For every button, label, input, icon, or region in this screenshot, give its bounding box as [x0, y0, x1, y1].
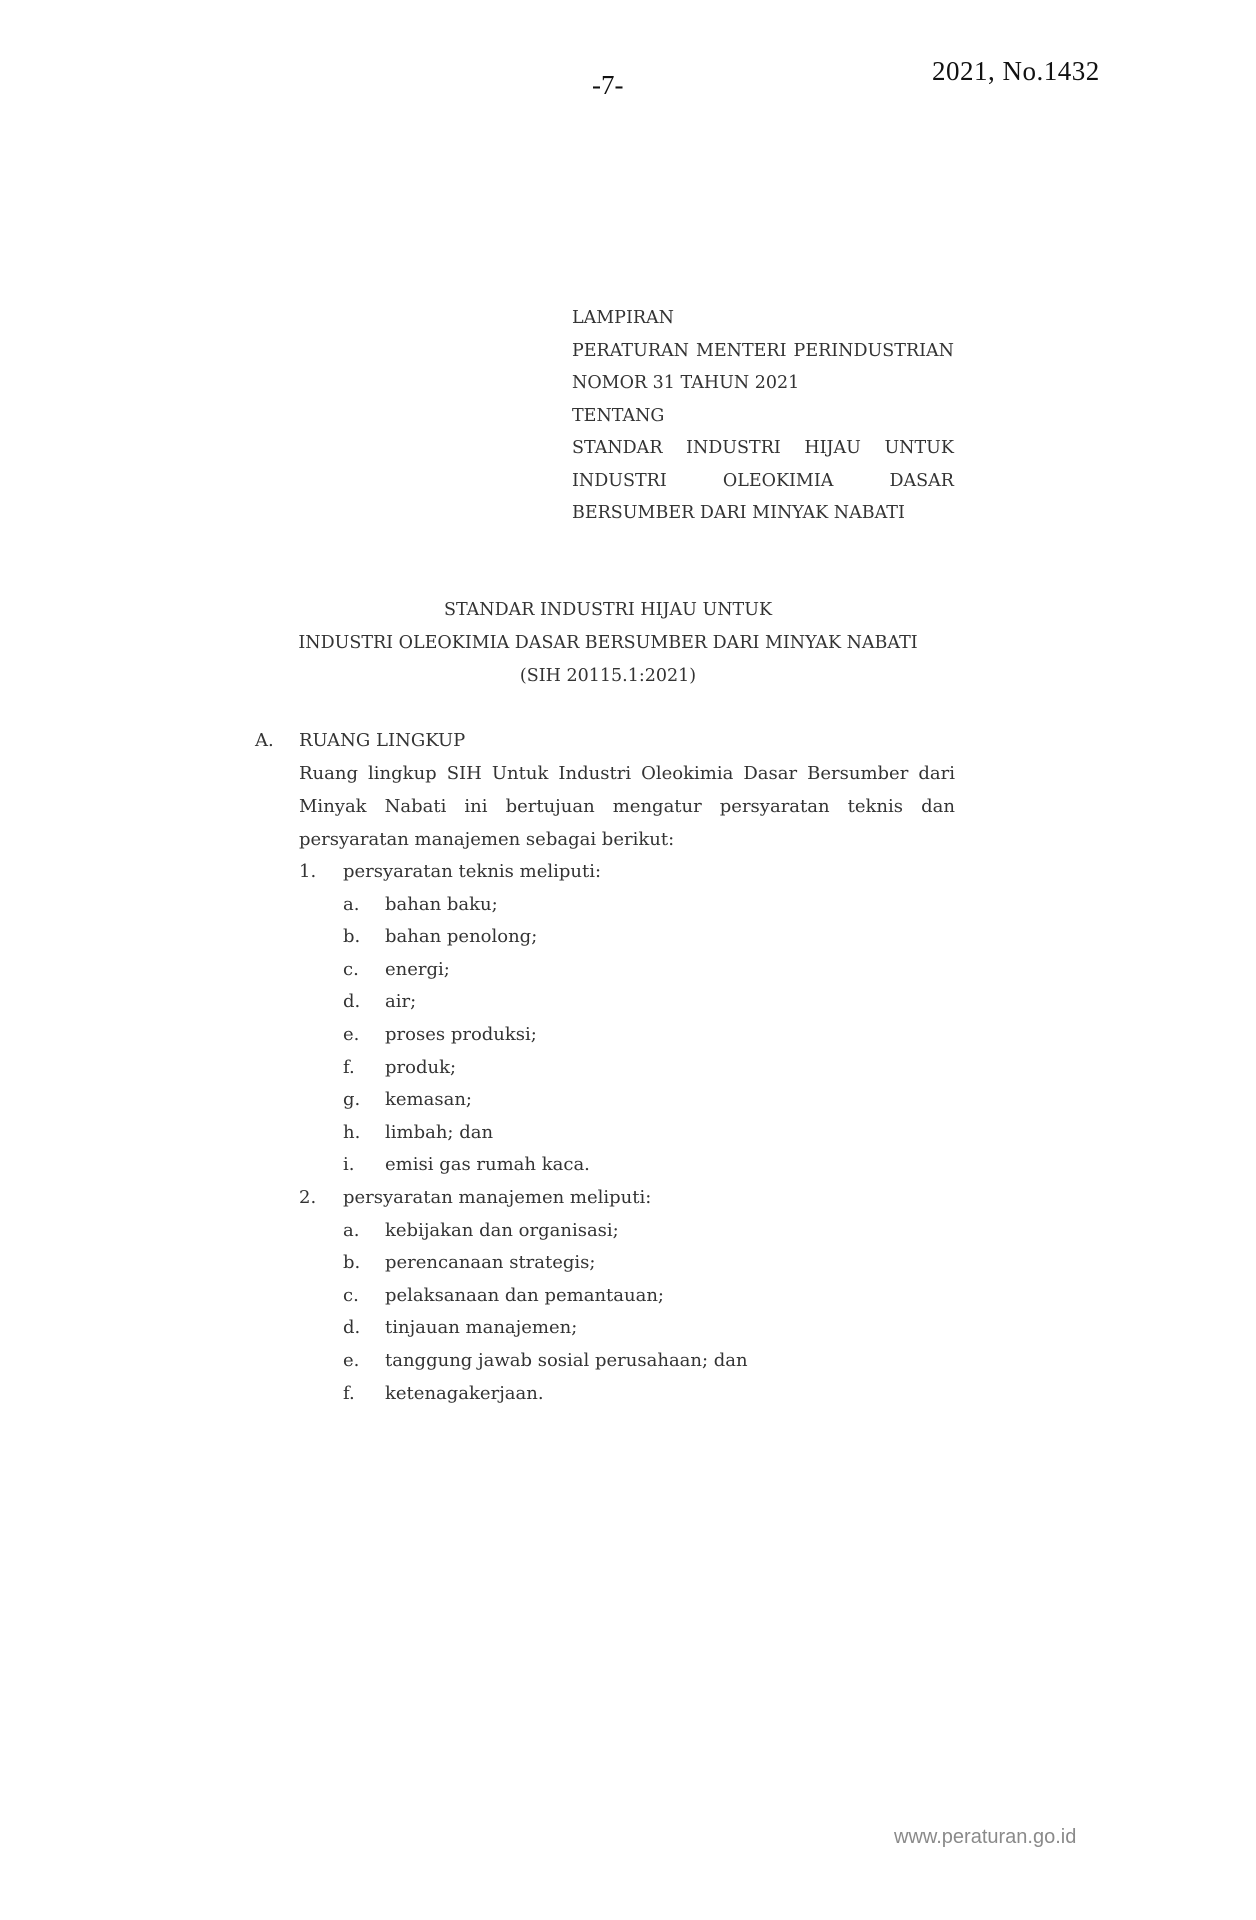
sub-item-letter: h.: [343, 1117, 385, 1150]
item-number: 2.: [299, 1182, 343, 1215]
word: PERATURAN: [572, 335, 689, 368]
gazette-reference: 2021, No.1432: [932, 56, 1100, 87]
sub-item-text: emisi gas rumah kaca.: [385, 1149, 590, 1182]
requirement-lists: 1.persyaratan teknis meliputi:a.bahan ba…: [299, 856, 955, 1410]
sub-item-text: energi;: [385, 954, 450, 987]
regulation-number: NOMOR 31 TAHUN 2021: [572, 367, 954, 400]
word: Ruang: [299, 757, 358, 790]
word: Oleokimia: [641, 757, 733, 790]
sub-item-text: produk;: [385, 1052, 456, 1085]
sub-item: a.bahan baku;: [343, 889, 955, 922]
sub-item-text: tanggung jawab sosial perusahaan; dan: [385, 1345, 748, 1378]
word: Dasar: [743, 757, 797, 790]
section-body: RuanglingkupSIHUntukIndustriOleokimiaDas…: [299, 757, 955, 1410]
sub-item-letter: f.: [343, 1052, 385, 1085]
word: mengatur: [613, 790, 702, 823]
sub-item-letter: c.: [343, 1280, 385, 1313]
word: ini: [464, 790, 487, 823]
sub-item-text: kemasan;: [385, 1084, 472, 1117]
numbered-item: 1.persyaratan teknis meliputi:: [299, 856, 955, 889]
sub-item: i.emisi gas rumah kaca.: [343, 1149, 955, 1182]
regulation-title-line-3: BERSUMBER DARI MINYAK NABATI: [572, 497, 954, 530]
word: persyaratan: [720, 790, 830, 823]
sub-item: e.proses produksi;: [343, 1019, 955, 1052]
word: Bersumber: [807, 757, 908, 790]
paragraph-line: MinyakNabatiinibertujuanmengaturpersyara…: [299, 790, 955, 823]
word: dari: [918, 757, 955, 790]
section-heading: A. RUANG LINGKUP: [255, 725, 955, 757]
item-label: persyaratan teknis meliputi:: [343, 856, 601, 889]
word: INDUSTRI: [686, 432, 781, 465]
appendix-header-block: LAMPIRAN PERATURANMENTERIPERINDUSTRIAN N…: [572, 302, 954, 530]
sub-item-text: bahan penolong;: [385, 921, 537, 954]
word: dan: [921, 790, 955, 823]
sub-item: h.limbah; dan: [343, 1117, 955, 1150]
scope-paragraph: RuanglingkupSIHUntukIndustriOleokimiaDas…: [299, 757, 955, 856]
word: MENTERI: [696, 335, 787, 368]
source-watermark: www.peraturan.go.id: [894, 1826, 1076, 1849]
document-title: STANDAR INDUSTRI HIJAU UNTUK INDUSTRI OL…: [0, 594, 1256, 693]
sub-item: d.tinjauan manajemen;: [343, 1312, 955, 1345]
sub-item: c.energi;: [343, 954, 955, 987]
word: lingkup: [368, 757, 437, 790]
section-letter: A.: [255, 725, 299, 757]
word: bertujuan: [506, 790, 595, 823]
sub-item: b.bahan penolong;: [343, 921, 955, 954]
section-scope: A. RUANG LINGKUP RuanglingkupSIHUntukInd…: [255, 725, 955, 1410]
sub-item-text: ketenagakerjaan.: [385, 1378, 544, 1411]
word: SIH: [447, 757, 482, 790]
about-label: TENTANG: [572, 400, 954, 433]
word: Untuk: [492, 757, 549, 790]
sub-item-text: proses produksi;: [385, 1019, 537, 1052]
regulation-line: PERATURANMENTERIPERINDUSTRIAN: [572, 335, 954, 368]
numbered-item: 2.persyaratan manajemen meliputi:: [299, 1182, 955, 1215]
sub-item-text: bahan baku;: [385, 889, 498, 922]
sub-item: b.perencanaan strategis;: [343, 1247, 955, 1280]
paragraph-line: RuanglingkupSIHUntukIndustriOleokimiaDas…: [299, 757, 955, 790]
sub-item-letter: e.: [343, 1019, 385, 1052]
sub-item-letter: a.: [343, 1215, 385, 1248]
sub-item-letter: d.: [343, 986, 385, 1019]
word: DASAR: [890, 465, 954, 498]
sub-item: f.produk;: [343, 1052, 955, 1085]
word: PERINDUSTRIAN: [794, 335, 954, 368]
sub-item: g.kemasan;: [343, 1084, 955, 1117]
sub-item-letter: b.: [343, 921, 385, 954]
word: STANDAR: [572, 432, 663, 465]
word: Industri: [558, 757, 631, 790]
sub-item-text: perencanaan strategis;: [385, 1247, 595, 1280]
document-title-code: (SIH 20115.1:2021): [0, 660, 1256, 693]
sub-item-text: air;: [385, 986, 416, 1019]
word: Nabati: [385, 790, 447, 823]
sub-item: a.kebijakan dan organisasi;: [343, 1215, 955, 1248]
sub-item-letter: g.: [343, 1084, 385, 1117]
word: OLEOKIMIA: [723, 465, 834, 498]
sub-item: f.ketenagakerjaan.: [343, 1378, 955, 1411]
sub-item: c.pelaksanaan dan pemantauan;: [343, 1280, 955, 1313]
document-title-line-1: STANDAR INDUSTRI HIJAU UNTUK: [0, 594, 1256, 627]
sub-item-letter: a.: [343, 889, 385, 922]
regulation-title-line-1: STANDARINDUSTRIHIJAUUNTUK: [572, 432, 954, 465]
word: UNTUK: [884, 432, 954, 465]
sub-item-text: tinjauan manajemen;: [385, 1312, 577, 1345]
sub-item-text: pelaksanaan dan pemantauan;: [385, 1280, 664, 1313]
sub-item-letter: c.: [343, 954, 385, 987]
sub-item-text: limbah; dan: [385, 1117, 493, 1150]
sub-item-letter: f.: [343, 1378, 385, 1411]
appendix-label: LAMPIRAN: [572, 302, 954, 335]
item-label: persyaratan manajemen meliputi:: [343, 1182, 651, 1215]
sub-item: d.air;: [343, 986, 955, 1019]
word: INDUSTRI: [572, 465, 667, 498]
paragraph-line: persyaratan manajemen sebagai berikut:: [299, 823, 955, 856]
sub-item-letter: e.: [343, 1345, 385, 1378]
sub-item-text: kebijakan dan organisasi;: [385, 1215, 619, 1248]
page-number: -7-: [592, 70, 623, 101]
word: Minyak: [299, 790, 367, 823]
sub-item-letter: b.: [343, 1247, 385, 1280]
sub-item-letter: d.: [343, 1312, 385, 1345]
sub-item-letter: i.: [343, 1149, 385, 1182]
section-title: RUANG LINGKUP: [299, 725, 465, 757]
word: HIJAU: [804, 432, 861, 465]
document-title-line-2: INDUSTRI OLEOKIMIA DASAR BERSUMBER DARI …: [0, 627, 1256, 660]
sub-item: e.tanggung jawab sosial perusahaan; dan: [343, 1345, 955, 1378]
item-number: 1.: [299, 856, 343, 889]
word: teknis: [848, 790, 903, 823]
regulation-title-line-2: INDUSTRIOLEOKIMIADASAR: [572, 465, 954, 498]
